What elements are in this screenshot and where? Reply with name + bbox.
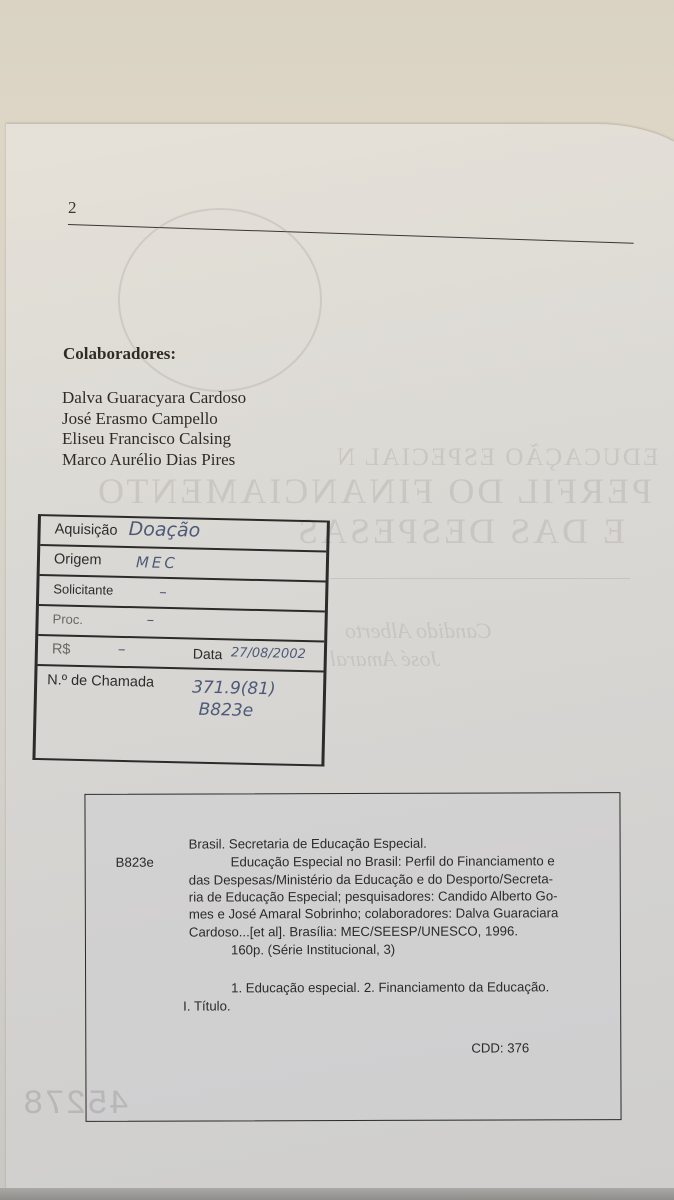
bleed-through-text: Candido Alberto [345,618,492,644]
call-number-class: 371.9(81) [192,678,276,700]
call-number-cutter: B823e [198,700,253,721]
requester-value: – [159,583,167,601]
requester-label: Solicitante [53,581,113,597]
process-label: Proc. [52,611,83,627]
catalog-line: Educação Especial no Brasil: Perfil do F… [231,852,555,871]
price-value: – [118,640,126,658]
catalog-title-entry: I. Título. [183,997,230,1015]
bleed-through-inventory-number: 45278 [22,1086,129,1124]
collaborator-name: José Erasmo Campello [62,409,246,430]
catalog-collation: 160p. (Série Institucional, 3) [231,941,395,959]
page-number: 2 [68,198,77,218]
collaborators-heading: Colaboradores: [63,344,176,364]
origin-label: Origem [54,551,102,568]
collaborators-list: Dalva Guaracyara Cardoso José Erasmo Cam… [62,388,246,470]
date-label: Data [193,646,223,663]
date-value: 27/08/2002 [231,645,306,662]
acquisition-value: Doação [128,518,200,542]
catalog-cdd: CDD: 376 [471,1039,529,1057]
page-edge-shadow [0,1188,674,1200]
bleed-through-rule [330,578,630,579]
bleed-through-text: E DAS DESPESAS [295,510,625,552]
acquisition-stamp-card: Aquisição Doação Origem MEC Solicitante … [32,514,330,767]
bleed-through-text: EDUCAÇÃO ESPECIAL N [335,444,658,472]
bleed-through-text: PERFIL DO FINANCIAMENTO [95,470,652,512]
price-label: R$ [52,641,71,657]
collaborator-name: Marco Aurélio Dias Pires [62,450,246,471]
origin-value: MEC [136,553,178,572]
call-number-row: N.º de Chamada 371.9(81) B823e [35,666,323,782]
collaborator-name: Dalva Guaracyara Cardoso [62,388,246,409]
process-value: – [146,610,154,628]
collaborator-name: Eliseu Francisco Calsing [62,429,246,450]
faded-library-stamp [118,208,322,392]
catalog-call-code: B823e [116,854,154,872]
catalog-line: Cardoso...[et al]. Brasília: MEC/SEESP/U… [189,922,518,941]
catalog-line: ria de Educação Especial; pesquisadores:… [189,887,558,906]
catalog-line: das Despesas/Ministério da Educação e do… [189,870,553,889]
acquisition-label: Aquisição [54,521,117,538]
catalog-subjects: 1. Educação especial. 2. Financiamento d… [231,978,549,997]
catalog-line: mes e José Amaral Sobrinho; colaboradore… [189,904,558,923]
bleed-through-text: José Amaral [330,646,440,672]
cataloging-record-card: Brasil. Secretaria de Educação Especial.… [84,792,621,1122]
call-number-label: N.º de Chamada [47,672,154,690]
catalog-main-entry: Brasil. Secretaria de Educação Especial. [189,835,427,853]
